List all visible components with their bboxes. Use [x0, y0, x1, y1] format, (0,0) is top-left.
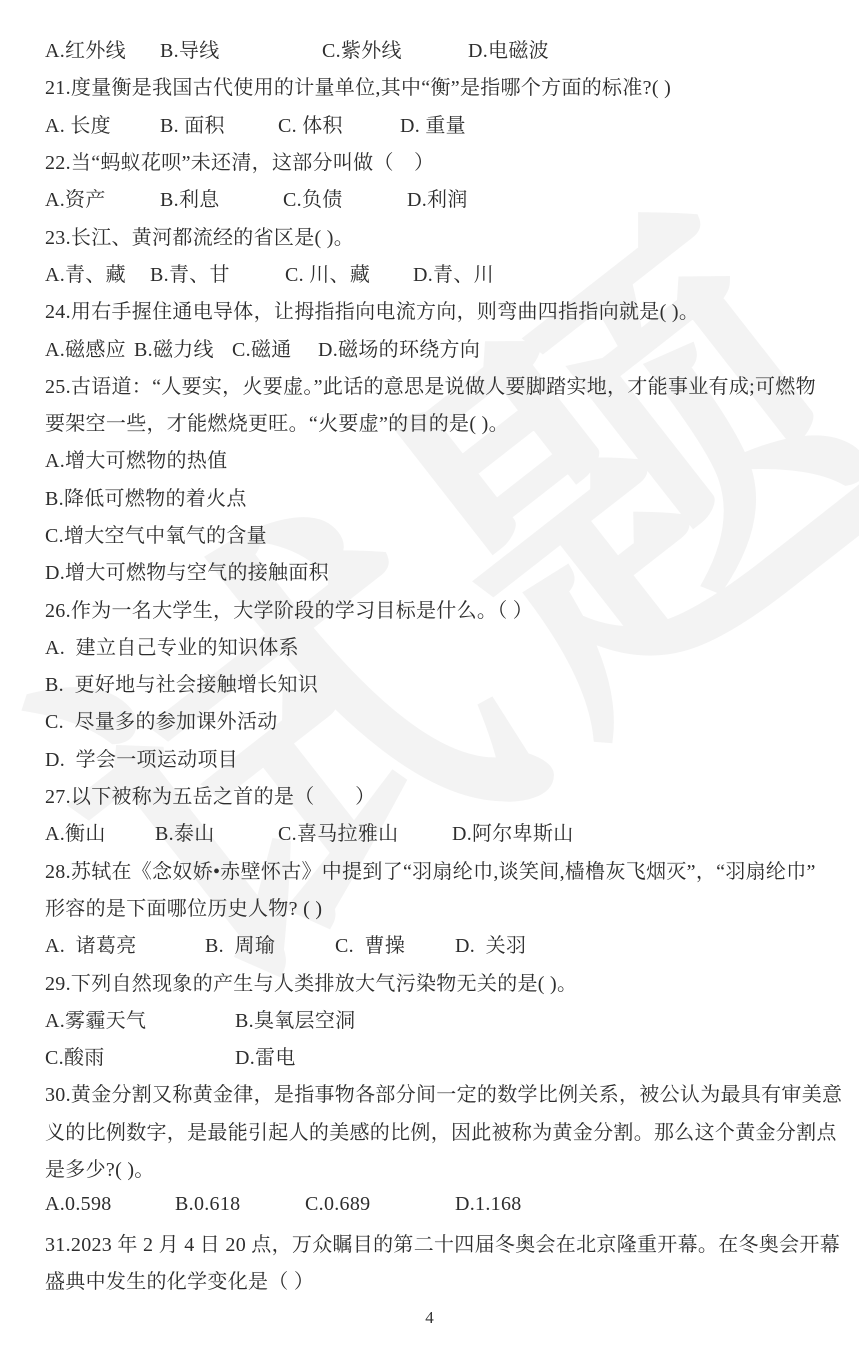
- option-row: C.酸雨D.雷电: [45, 1037, 821, 1074]
- question-line: 30.黄金分割又称黄金律，是指事物各部分间一定的数学比例关系，被公认为最具有审美…: [45, 1074, 821, 1111]
- question-line: C. 尽量多的参加课外活动: [45, 701, 821, 738]
- option: B.0.618: [175, 1193, 305, 1216]
- option: C. 川、藏: [285, 258, 413, 287]
- option: A.雾霾天气: [45, 1004, 235, 1033]
- question-list: A.红外线B.导线C.紫外线D.电磁波21.度量衡是我国古代使用的计量单位,其中…: [0, 0, 859, 1298]
- question-line: 21.度量衡是我国古代使用的计量单位,其中“衡”是指哪个方面的标准?( ): [45, 67, 821, 104]
- question-line: A. 建立自己专业的知识体系: [45, 627, 821, 664]
- question-line: C.增大空气中氧气的含量: [45, 515, 821, 552]
- option: C. 体积: [278, 109, 400, 138]
- option-row: A. 诸葛亮B. 周瑜C. 曹操D. 关羽: [45, 925, 821, 962]
- question-line: 23.长江、黄河都流经的省区是( )。: [45, 216, 821, 253]
- question-line: 24.用右手握住通电导体，让拇指指向电流方向，则弯曲四指指向就是( )。: [45, 291, 821, 328]
- option-row: A. 长度B. 面积C. 体积D. 重量: [45, 105, 821, 142]
- option: C.磁通: [232, 333, 318, 362]
- option: A. 诸葛亮: [45, 929, 205, 958]
- option: C.负债: [283, 183, 407, 212]
- option: B.导线: [160, 34, 322, 63]
- question-line: 22.当“蚂蚁花呗”未还清，这部分叫做（ ）: [45, 142, 821, 179]
- option-row: A.磁感应B.磁力线C.磁通D.磁场的环绕方向: [45, 328, 821, 365]
- question-line: A.增大可燃物的热值: [45, 440, 821, 477]
- option: B.磁力线: [134, 333, 232, 362]
- option: D. 重量: [400, 109, 466, 138]
- option: D.磁场的环绕方向: [318, 333, 480, 362]
- question-line: 26.作为一名大学生，大学阶段的学习目标是什么。（ ）: [45, 589, 821, 626]
- option: C. 曹操: [335, 929, 455, 958]
- option: A. 长度: [45, 109, 160, 138]
- option: C.0.689: [305, 1193, 455, 1216]
- option: A.青、藏: [45, 258, 150, 287]
- question-line: 要架空一些，才能燃烧更旺。“火要虚”的目的是( )。: [45, 403, 821, 440]
- question-line: 盛典中发生的化学变化是（ ）: [45, 1261, 821, 1298]
- option: D.青、川: [413, 258, 494, 287]
- question-line: B.降低可燃物的着火点: [45, 478, 821, 515]
- question-line: 29.下列自然现象的产生与人类排放大气污染物无关的是( )。: [45, 962, 821, 999]
- option: A.0.598: [45, 1193, 175, 1216]
- option-row: A.红外线B.导线C.紫外线D.电磁波: [45, 30, 821, 67]
- option: A.衡山: [45, 817, 155, 846]
- exam-page: 试题 A.红外线B.导线C.紫外线D.电磁波21.度量衡是我国古代使用的计量单位…: [0, 0, 859, 1345]
- question-line: 28.苏轼在《念奴娇•赤壁怀古》中提到了“羽扇纶巾,谈笑间,樯橹灰飞烟灭”，“羽…: [45, 851, 821, 888]
- question-line: 27.以下被称为五岳之首的是（ ）: [45, 776, 821, 813]
- option: D.阿尔卑斯山: [452, 817, 574, 846]
- option: B.泰山: [155, 817, 278, 846]
- option: D.1.168: [455, 1193, 522, 1216]
- option: A.红外线: [45, 34, 160, 63]
- option: C.紫外线: [322, 34, 468, 63]
- option-row: A.雾霾天气B.臭氧层空洞: [45, 1000, 821, 1037]
- option-row: A.资产B.利息C.负债D.利润: [45, 179, 821, 216]
- option: C.喜马拉雅山: [278, 817, 452, 846]
- option: B.臭氧层空洞: [235, 1004, 355, 1033]
- option-row: A.衡山B.泰山C.喜马拉雅山D.阿尔卑斯山: [45, 813, 821, 850]
- option: D.雷电: [235, 1041, 296, 1070]
- option: D.电磁波: [468, 34, 549, 63]
- option: B. 周瑜: [205, 929, 335, 958]
- question-line: 义的比例数字，是最能引起人的美感的比例，因此被称为黄金分割。那么这个黄金分割点: [45, 1112, 821, 1149]
- question-line: 31.2023 年 2 月 4 日 20 点，万众瞩目的第二十四届冬奥会在北京隆…: [45, 1224, 821, 1261]
- question-line: D. 学会一项运动项目: [45, 739, 821, 776]
- page-number: 4: [0, 1308, 859, 1328]
- question-line: B. 更好地与社会接触增长知识: [45, 664, 821, 701]
- option: A.资产: [45, 183, 160, 212]
- option: A.磁感应: [45, 333, 134, 362]
- question-line: D.增大可燃物与空气的接触面积: [45, 552, 821, 589]
- option: D. 关羽: [455, 929, 526, 958]
- option: C.酸雨: [45, 1041, 235, 1070]
- option: B.利息: [160, 183, 283, 212]
- option-row: A.0.598B.0.618C.0.689D.1.168: [45, 1186, 821, 1223]
- option: D.利润: [407, 183, 468, 212]
- option-row: A.青、藏B.青、甘C. 川、藏D.青、川: [45, 254, 821, 291]
- option: B.青、甘: [150, 258, 285, 287]
- question-line: 形容的是下面哪位历史人物? ( ): [45, 888, 821, 925]
- option: B. 面积: [160, 109, 278, 138]
- question-line: 25.古语道：“人要实，火要虚。”此话的意思是说做人要脚踏实地，才能事业有成;可…: [45, 366, 821, 403]
- question-line: 是多少?( )。: [45, 1149, 821, 1186]
